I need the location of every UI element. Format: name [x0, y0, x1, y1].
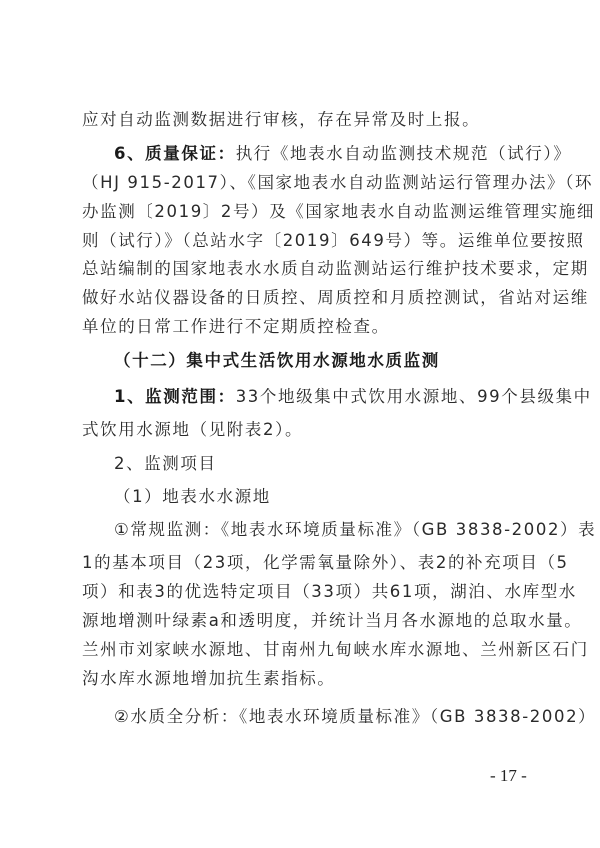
paragraph-line: 办监测〔2019〕2号）及《国家地表水自动监测运维管理实施细 — [82, 201, 522, 223]
document-page: 应对自动监测数据进行审核，存在异常及时上报。 6、质量保证：执行《地表水自动监测… — [0, 0, 600, 848]
paragraph-line: 做好水站仪器设备的日质控、周质控和月质控测试，省站对运维 — [82, 287, 522, 309]
section-heading: （十二）集中式生活饮用水源地水质监测 — [114, 350, 522, 372]
monitoring-scope-label: 1、监测范围： — [114, 387, 236, 406]
page-number: - 17 - — [490, 766, 527, 786]
monitoring-scope-line: 1、监测范围：33个地级集中式饮用水源地、99个县级集中 — [114, 386, 522, 408]
paragraph-text: 33个地级集中式饮用水源地、99个县级集中 — [236, 387, 592, 406]
paragraph-line: 式饮用水源地（见附表2）。 — [82, 419, 522, 441]
paragraph-line: 则（试行）》（总站水字〔2019〕649号）等。运维单位要按照 — [82, 230, 522, 252]
quality-assurance-line: 6、质量保证：执行《地表水自动监测技术规范（试行）》 — [114, 143, 522, 165]
paragraph-line: 1的基本项目（23项，化学需氧量除外）、表2的补充项目（5 — [82, 552, 522, 574]
paragraph-line: 项）和表3的优选特定项目（33项）共61项，湖泊、水库型水 — [82, 581, 522, 603]
paragraph-text: 执行《地表水自动监测技术规范（试行）》 — [236, 144, 572, 163]
paragraph-line: （HJ 915-2017）、《国家地表水自动监测站运行管理办法》（环 — [82, 172, 522, 194]
paragraph-line: 兰州市刘家峡水源地、甘南州九甸峡水库水源地、兰州新区石门 — [82, 639, 522, 661]
paragraph-line: 单位的日常工作进行不定期质控检查。 — [82, 316, 522, 338]
paragraph-line: 应对自动监测数据进行审核，存在异常及时上报。 — [82, 109, 522, 131]
paragraph-line: 源地增测叶绿素a和透明度，并统计当月各水源地的总取水量。 — [82, 610, 522, 632]
paragraph-line: 沟水库水源地增加抗生素指标。 — [82, 668, 522, 690]
paragraph-line: ①常规监测：《地表水环境质量标准》（GB 3838-2002）表 — [114, 519, 522, 541]
subheading-monitoring-items: 2、监测项目 — [114, 453, 522, 475]
paragraph-line: ②水质全分析：《地表水环境质量标准》（GB 3838-2002） — [114, 706, 522, 728]
paragraph-line: 总站编制的国家地表水水质自动监测站运行维护技术要求，定期 — [82, 258, 522, 280]
quality-assurance-label: 6、质量保证： — [114, 144, 236, 163]
subheading-surface-water: （1）地表水水源地 — [114, 486, 522, 508]
